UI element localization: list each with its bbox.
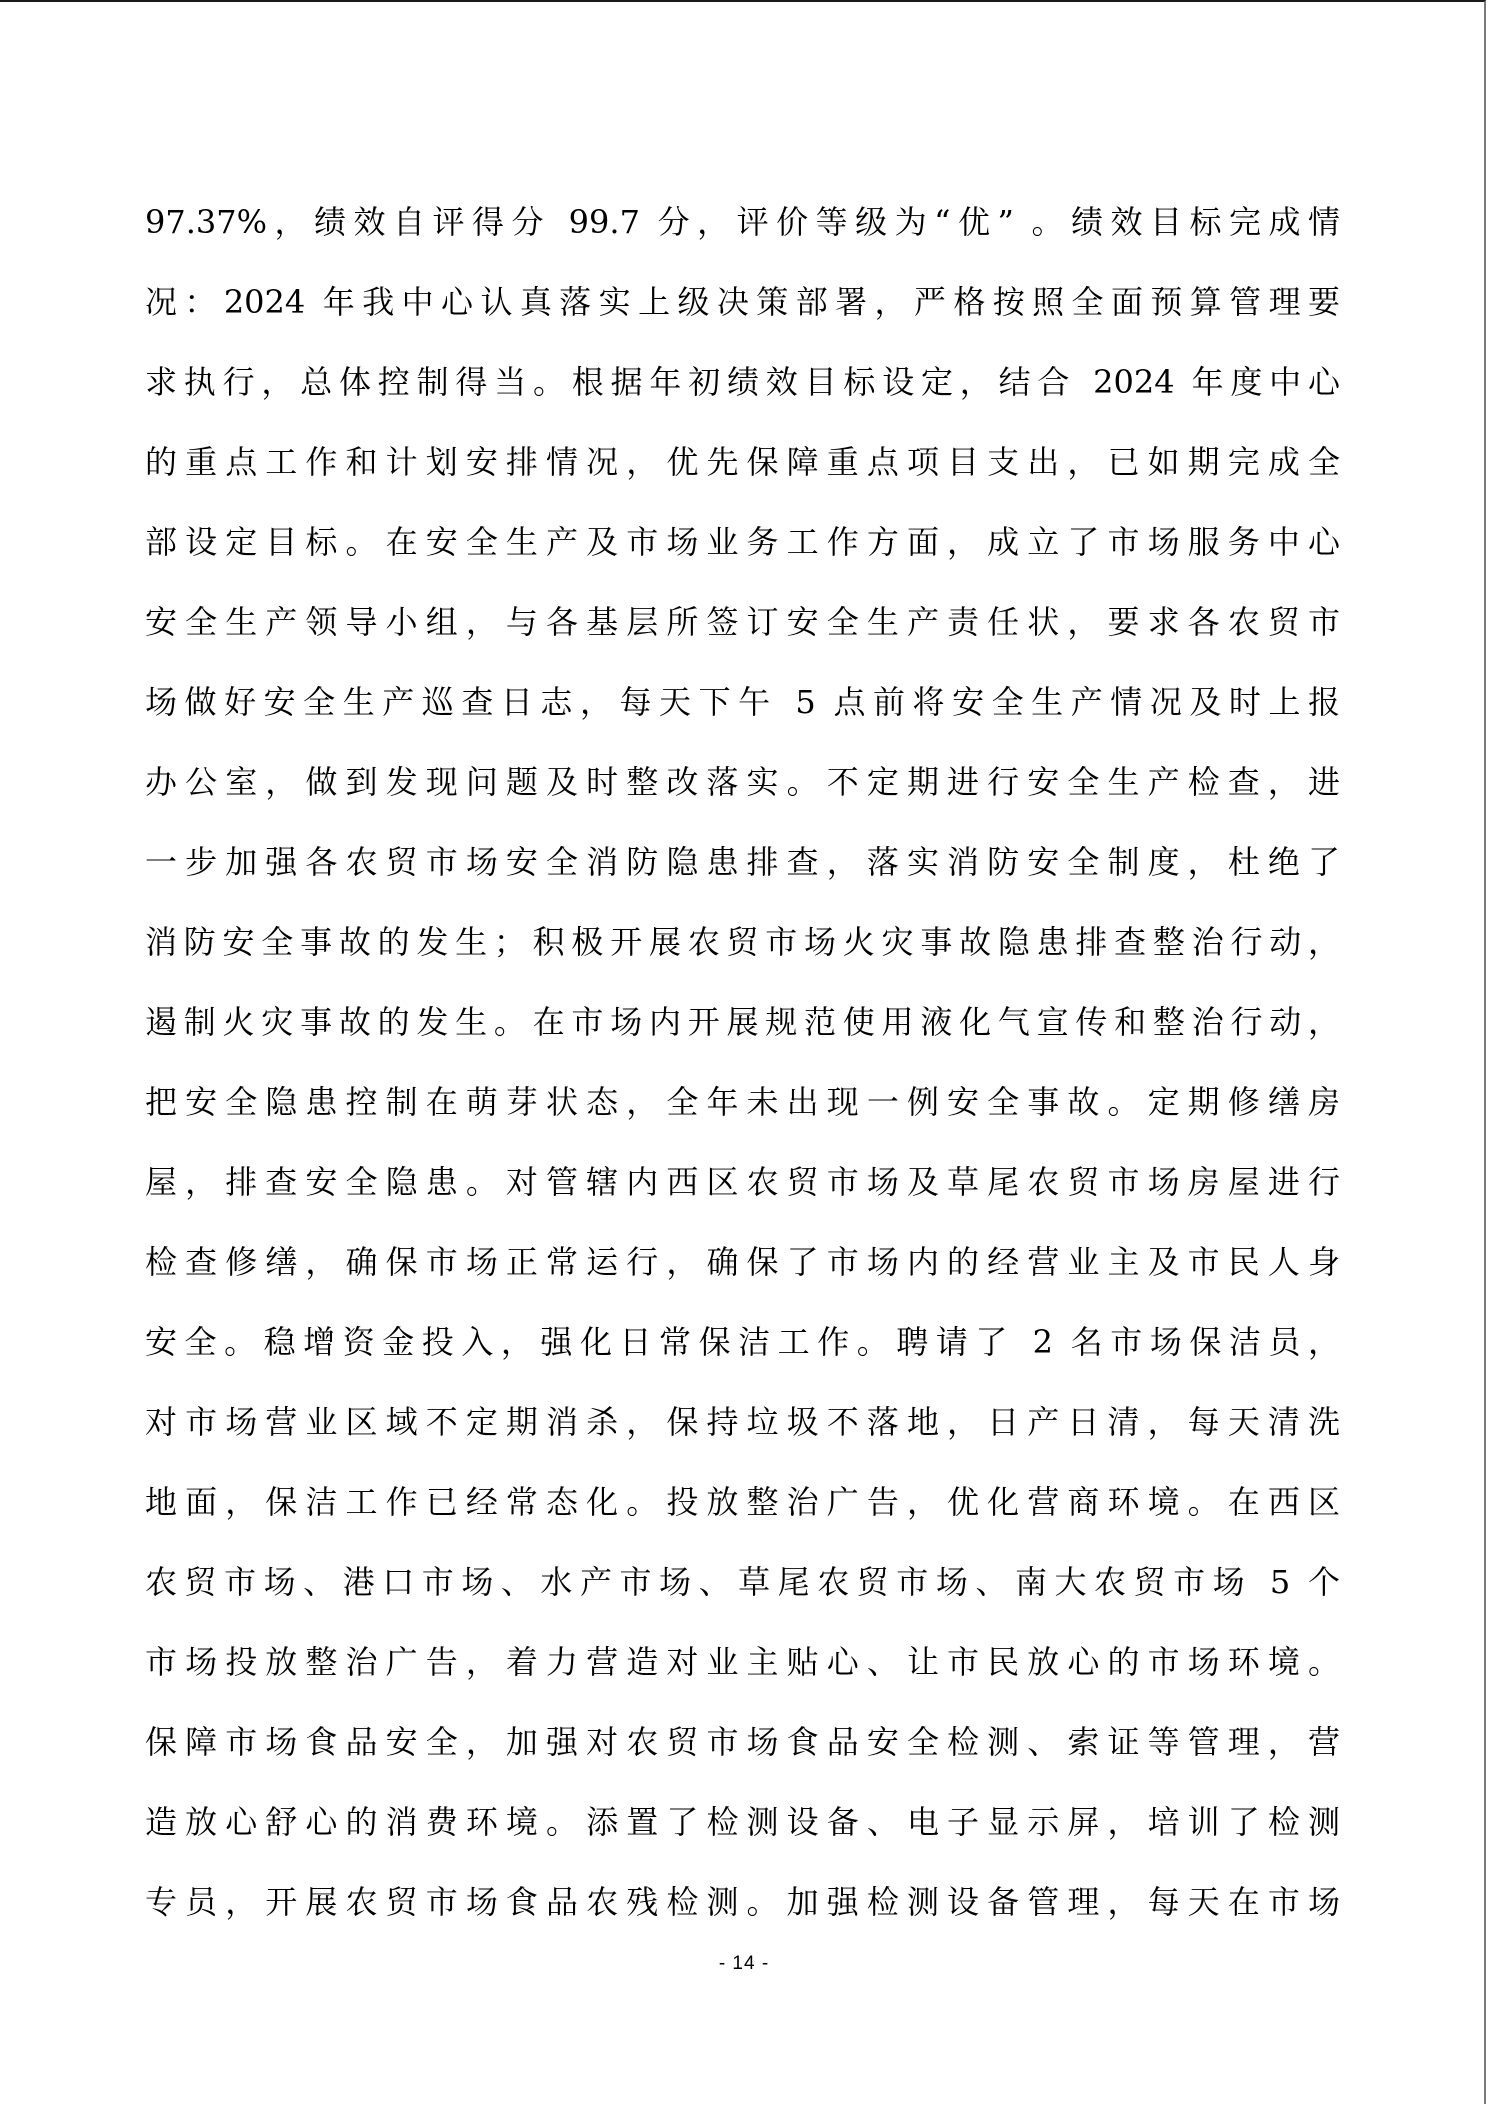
text-line: 求执行，总体控制得当。根据年初绩效目标设定，结合 2024 年度中心 — [145, 352, 1340, 432]
text-line: 把安全隐患控制在萌芽状态，全年未出现一例安全事故。定期修缮房 — [145, 1072, 1340, 1152]
document-page: 97.37%，绩效自评得分 99.7 分，评价等级为“优” 。绩效目标完成情 况… — [0, 0, 1486, 2104]
text-line: 安全。稳增资金投入，强化日常保洁工作。聘请了 2 名市场保洁员， — [145, 1312, 1340, 1392]
body-paragraph: 97.37%，绩效自评得分 99.7 分，评价等级为“优” 。绩效目标完成情 况… — [145, 192, 1340, 1952]
text-line: 造放心舒心的消费环境。添置了检测设备、电子显示屏，培训了检测 — [145, 1792, 1340, 1872]
text-line: 办公室，做到发现问题及时整改落实。不定期进行安全生产检查，进 — [145, 752, 1340, 832]
text-line: 屋，排查安全隐患。对管辖内西区农贸市场及草尾农贸市场房屋进行 — [145, 1152, 1340, 1232]
text-line: 的重点工作和计划安排情况，优先保障重点项目支出，已如期完成全 — [145, 432, 1340, 512]
text-line: 场做好安全生产巡查日志，每天下午 5 点前将安全生产情况及时上报 — [145, 672, 1340, 752]
text-line: 对市场营业区域不定期消杀，保持垃圾不落地，日产日清，每天清洗 — [145, 1392, 1340, 1472]
text-line: 遏制火灾事故的发生。在市场内开展规范使用液化气宣传和整治行动， — [145, 992, 1340, 1072]
text-line: 检查修缮，确保市场正常运行，确保了市场内的经营业主及市民人身 — [145, 1232, 1340, 1312]
text-line: 部设定目标。在安全生产及市场业务工作方面，成立了市场服务中心 — [145, 512, 1340, 592]
text-line: 专员，开展农贸市场食品农残检测。加强检测设备管理，每天在市场 — [145, 1872, 1340, 1952]
text-line: 况：2024 年我中心认真落实上级决策部署，严格按照全面预算管理要 — [145, 272, 1340, 352]
text-line: 保障市场食品安全，加强对农贸市场食品安全检测、索证等管理，营 — [145, 1712, 1340, 1792]
text-line: 安全生产领导小组，与各基层所签订安全生产责任状，要求各农贸市 — [145, 592, 1340, 672]
text-line: 消防安全事故的发生；积极开展农贸市场火灾事故隐患排查整治行动， — [145, 912, 1340, 992]
text-line: 97.37%，绩效自评得分 99.7 分，评价等级为“优” 。绩效目标完成情 — [145, 192, 1340, 272]
page-number: - 14 - — [0, 1953, 1488, 1975]
text-line: 一步加强各农贸市场安全消防隐患排查，落实消防安全制度，杜绝了 — [145, 832, 1340, 912]
text-line: 地面，保洁工作已经常态化。投放整治广告，优化营商环境。在西区 — [145, 1472, 1340, 1552]
text-line: 市场投放整治广告，着力营造对业主贴心、让市民放心的市场环境。 — [145, 1632, 1340, 1712]
text-line: 农贸市场、港口市场、水产市场、草尾农贸市场、南大农贸市场 5 个 — [145, 1552, 1340, 1632]
